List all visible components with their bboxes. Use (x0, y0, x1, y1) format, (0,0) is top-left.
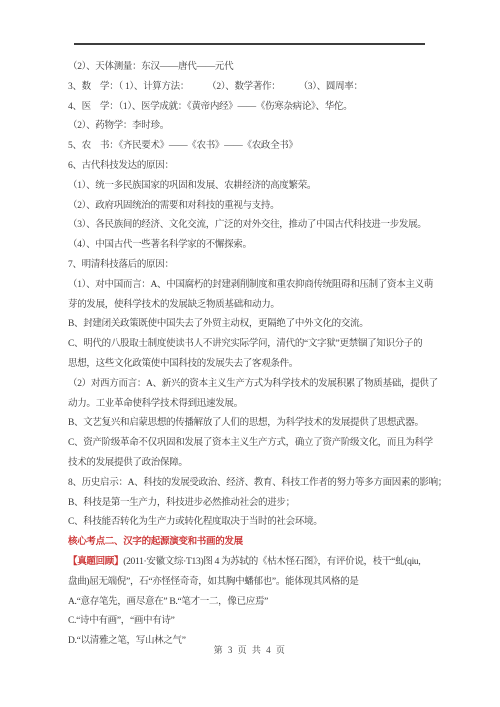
note-line: 技术的发展提供了政治保障。 (68, 454, 440, 474)
note-line: 7、明清科技落后的原因： (68, 256, 440, 276)
note-line: 6、古代科技发达的原因： (68, 157, 440, 177)
note-line: C、资产阶级革命不仅巩固和发展了资本主义生产方式，确立了资产阶级文化，而且为科学 (68, 434, 440, 454)
note-line: （2）对西方而言：A、新兴的资本主义生产方式为科学技术的发展积累了物质基础，提供… (68, 375, 440, 395)
note-line: （2）、天体测量：东汉——唐代——元代 (68, 58, 440, 78)
note-line: （4）、中国古代一些著名科学家的不懈探索。 (68, 236, 440, 256)
question-source-tag: 【真题回顾】 (68, 557, 123, 567)
document-page: （2）、天体测量：东汉——唐代——元代3、数 学：（ 1）、计算方法： （2）、… (0, 0, 500, 707)
header-divider (74, 43, 425, 45)
note-line: B、封建闭关政策既使中国失去了外贸主动权，更隔绝了中外文化的交流。 (68, 315, 440, 335)
note-line: B、文艺复兴和启蒙思想的传播解放了人们的思想，为科学技术的发展提供了思想武器。 (68, 414, 440, 434)
page-number-indicator: 第 3 页 共 4 页 (214, 645, 287, 655)
note-line: （2）、药物学：李时珍。 (68, 117, 440, 137)
note-line: （1）、对中国而言：A、中国腐朽的封建剥削制度和重农抑商传统阻碍和压制了资本主义… (68, 276, 440, 296)
answer-option: C.“诗中有画”，“画中有诗” (68, 612, 440, 632)
note-line: B、科技是第一生产力，科技进步必然推动社会的进步； (68, 494, 440, 514)
note-line: （3）、各民族间的经济、文化交流，广泛的对外交往，推动了中国古代科技进一步发展。 (68, 216, 440, 236)
note-line: 8、历史启示：A、科技的发展受政治、经济、教育、科技工作者的努力等多方面因素的影… (68, 474, 440, 494)
question-text-line: 【真题回顾】(2011·安徽文综·T13)图 4 为苏轼的《枯木怪石图》，有评价… (68, 553, 440, 573)
note-line: （2）、政府巩固统治的需要和对科技的重视与支持。 (68, 197, 440, 217)
answer-option: A.“意存笔先，画尽意在” B.“笔才一二，像已应焉” (68, 593, 440, 613)
note-line: C、科技能否转化为生产力或转化程度取决于当时的社会环境。 (68, 513, 440, 533)
note-line: 思想，这些文化政策使中国科技的发展失去了客观条件。 (68, 355, 440, 375)
document-content: （2）、天体测量：东汉——唐代——元代3、数 学：（ 1）、计算方法： （2）、… (68, 58, 440, 652)
note-line: C、明代的八股取士制度使读书人不讲究实际学问，清代的“文字狱”更禁锢了知识分子的 (68, 335, 440, 355)
note-line: 芽的发展，使科学技术的发展缺乏物质基础和动力。 (68, 296, 440, 316)
note-line: 5、农 书：《齐民要术》——《农书》——《农政全书》 (68, 137, 440, 157)
note-line: 4、医 学：（1）、医学成就：《黄帝内经》——《伤寒杂病论》、华佗。 (68, 98, 440, 118)
note-line: 动力。工业革命使科学技术得到迅速发展。 (68, 395, 440, 415)
section-heading: 核心考点二、汉字的起源演变和书画的发展 (68, 533, 440, 553)
note-line: （1）、统一多民族国家的巩固和发展、农耕经济的高度繁荣。 (68, 177, 440, 197)
question-text-line: 盘曲)屈无端倪”，石“亦怪怪奇奇，如其胸中蟠郁也”。能体现其风格的是 (68, 573, 440, 593)
page-footer: 第 3 页 共 4 页 (0, 643, 500, 656)
note-line: 3、数 学：（ 1）、计算方法： （2）、数学著作： （3）、圆周率： (68, 78, 440, 98)
